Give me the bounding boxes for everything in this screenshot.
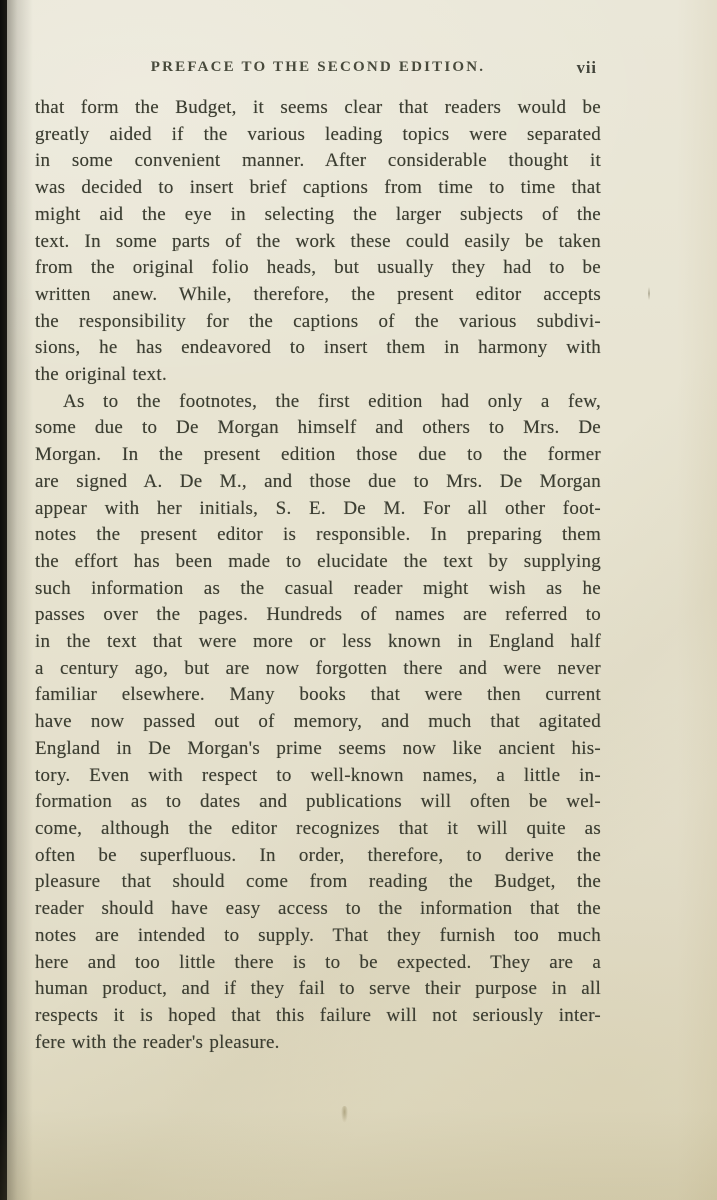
paper-edge-tint xyxy=(677,0,717,1200)
text-line: such information as the casual reader mi… xyxy=(35,576,601,603)
text-line: reader should have easy access to the in… xyxy=(35,896,601,923)
text-line: human product, and if they fail to serve… xyxy=(35,976,601,1003)
text-line: notes are intended to supply. That they … xyxy=(35,923,601,950)
text-line: greatly aided if the various leading top… xyxy=(35,122,601,149)
text-line: in some convenient manner. After conside… xyxy=(35,148,601,175)
text-line: fere with the reader's pleasure. xyxy=(35,1030,601,1057)
text-line: sions, he has endeavored to insert them … xyxy=(35,335,601,362)
text-line: Morgan. In the present edition those due… xyxy=(35,442,601,469)
text-line: here and too little there is to be expec… xyxy=(35,950,601,977)
page-number: vii xyxy=(577,58,597,78)
text-line: was decided to insert brief captions fro… xyxy=(35,175,601,202)
text-line: respects it is hoped that this failure w… xyxy=(35,1003,601,1030)
page-body: that form the Budget, it seems clear tha… xyxy=(35,95,601,1056)
text-line: pleasure that should come from reading t… xyxy=(35,869,601,896)
text-line: have now passed out of memory, and much … xyxy=(35,709,601,736)
text-line: the effort has been made to elucidate th… xyxy=(35,549,601,576)
text-line: the original text. xyxy=(35,362,601,389)
text-line: familiar elsewhere. Many books that were… xyxy=(35,682,601,709)
text-line: notes the present editor is responsible.… xyxy=(35,522,601,549)
page-header: PREFACE TO THE SECOND EDITION. vii xyxy=(35,59,601,81)
text-line: often be superfluous. In order, therefor… xyxy=(35,843,601,870)
text-line: appear with her initials, S. E. De M. Fo… xyxy=(35,496,601,523)
text-line: might aid the eye in selecting the large… xyxy=(35,202,601,229)
text-line: that form the Budget, it seems clear tha… xyxy=(35,95,601,122)
book-page-scan: PREFACE TO THE SECOND EDITION. vii that … xyxy=(0,0,717,1200)
text-line: from the original folio heads, but usual… xyxy=(35,255,601,282)
text-line: a century ago, but are now forgotten the… xyxy=(35,656,601,683)
text-line: As to the footnotes, the first edition h… xyxy=(35,389,601,416)
text-line: in the text that were more or less known… xyxy=(35,629,601,656)
text-line: are signed A. De M., and those due to Mr… xyxy=(35,469,601,496)
spine-shadow xyxy=(7,0,33,1200)
text-line: come, although the editor recognizes tha… xyxy=(35,816,601,843)
text-line: passes over the pages. Hundreds of names… xyxy=(35,602,601,629)
text-line: the responsibility for the captions of t… xyxy=(35,309,601,336)
book-spine-edge xyxy=(0,0,7,1200)
text-line: written anew. While, therefore, the pres… xyxy=(35,282,601,309)
text-line: formation as to dates and publications w… xyxy=(35,789,601,816)
paper-bottom-tint xyxy=(0,1110,717,1200)
text-line: text. In some parts of the work these co… xyxy=(35,229,601,256)
text-line: England in De Morgan's prime seems now l… xyxy=(35,736,601,763)
text-line: some due to De Morgan himself and others… xyxy=(35,415,601,442)
text-line: tory. Even with respect to well-known na… xyxy=(35,763,601,790)
ink-speck xyxy=(648,287,650,300)
running-title: PREFACE TO THE SECOND EDITION. xyxy=(35,59,601,76)
